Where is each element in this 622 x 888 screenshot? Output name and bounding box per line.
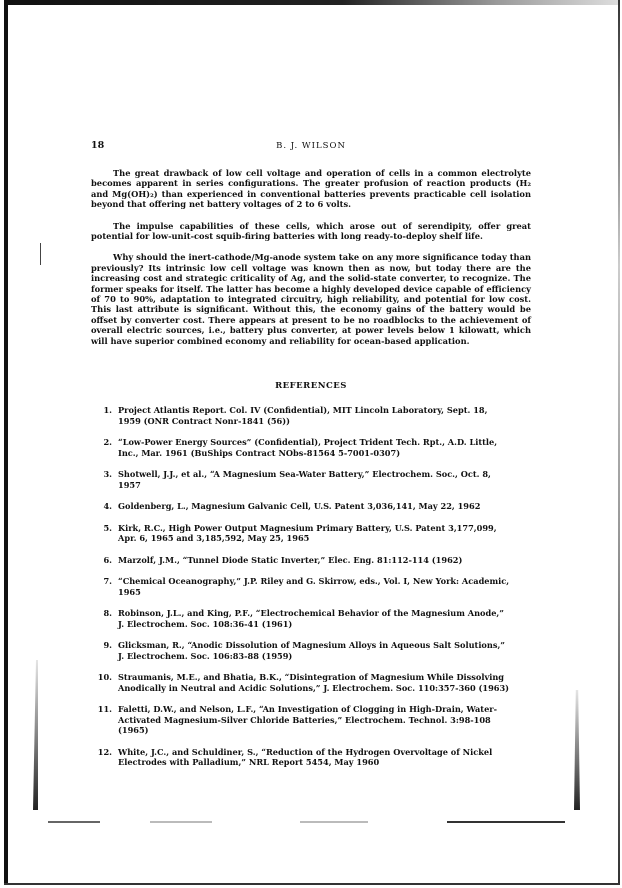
reference-item: 9.Glicksman, R., “Anodic Dissolution of … xyxy=(91,640,511,661)
reference-number: 9. xyxy=(91,640,118,661)
binding-shadow-right xyxy=(574,690,580,810)
reference-number: 11. xyxy=(91,704,118,736)
reference-number: 8. xyxy=(91,608,118,629)
bottom-rule xyxy=(150,821,212,823)
reference-text: Glicksman, R., “Anodic Dissolution of Ma… xyxy=(118,640,511,661)
references-heading: REFERENCES xyxy=(0,381,622,391)
reference-number: 6. xyxy=(91,555,118,566)
reference-text: Project Atlantis Report. Col. IV (Confid… xyxy=(118,405,511,426)
reference-text: Straumanis, M.E., and Bhatia, B.K., “Dis… xyxy=(118,672,511,693)
margin-tick xyxy=(40,243,41,265)
reference-text: Kirk, R.C., High Power Output Magnesium … xyxy=(118,523,511,544)
reference-item: 12.White, J.C., and Schuldiner, S., “Red… xyxy=(91,747,511,768)
reference-number: 4. xyxy=(91,501,118,512)
reference-number: 3. xyxy=(91,469,118,490)
scan-frame-left xyxy=(4,0,8,884)
scan-frame-right xyxy=(618,0,620,884)
reference-text: Robinson, J.L., and King, P.F., “Electro… xyxy=(118,608,511,629)
paragraph: The great drawback of low cell voltage a… xyxy=(91,168,531,210)
reference-number: 10. xyxy=(91,672,118,693)
paragraph: The impulse capabilities of these cells,… xyxy=(91,221,531,242)
reference-number: 1. xyxy=(91,405,118,426)
running-head: B. J. WILSON xyxy=(0,141,622,151)
reference-item: 7.“Chemical Oceanography,” J.P. Riley an… xyxy=(91,576,511,597)
reference-text: “Low-Power Energy Sources” (Confidential… xyxy=(118,437,511,458)
reference-number: 7. xyxy=(91,576,118,597)
reference-item: 6.Marzolf, J.M., “Tunnel Diode Static In… xyxy=(91,555,511,566)
reference-number: 5. xyxy=(91,523,118,544)
bottom-rule xyxy=(300,821,368,823)
reference-item: 5.Kirk, R.C., High Power Output Magnesiu… xyxy=(91,523,511,544)
binding-shadow-left xyxy=(33,660,38,810)
body-text: The great drawback of low cell voltage a… xyxy=(91,168,531,357)
reference-text: Marzolf, J.M., “Tunnel Diode Static Inve… xyxy=(118,555,511,566)
reference-number: 2. xyxy=(91,437,118,458)
bottom-rule xyxy=(48,821,100,823)
reference-text: White, J.C., and Schuldiner, S., “Reduct… xyxy=(118,747,511,768)
references-list: 1.Project Atlantis Report. Col. IV (Conf… xyxy=(91,405,511,779)
bottom-rule xyxy=(447,821,565,823)
reference-item: 4.Goldenberg, L., Magnesium Galvanic Cel… xyxy=(91,501,511,512)
reference-item: 11.Faletti, D.W., and Nelson, L.F., “An … xyxy=(91,704,511,736)
reference-number: 12. xyxy=(91,747,118,768)
scan-frame-bottom xyxy=(4,883,620,885)
reference-text: Shotwell, J.J., et al., “A Magnesium Sea… xyxy=(118,469,511,490)
paragraph: Why should the inert-cathode/Mg-anode sy… xyxy=(91,252,531,346)
reference-item: 1.Project Atlantis Report. Col. IV (Conf… xyxy=(91,405,511,426)
scan-frame-top xyxy=(6,0,618,5)
reference-item: 8.Robinson, J.L., and King, P.F., “Elect… xyxy=(91,608,511,629)
reference-text: Faletti, D.W., and Nelson, L.F., “An Inv… xyxy=(118,704,511,736)
reference-item: 3.Shotwell, J.J., et al., “A Magnesium S… xyxy=(91,469,511,490)
reference-text: Goldenberg, L., Magnesium Galvanic Cell,… xyxy=(118,501,511,512)
reference-item: 2.“Low-Power Energy Sources” (Confidenti… xyxy=(91,437,511,458)
reference-text: “Chemical Oceanography,” J.P. Riley and … xyxy=(118,576,511,597)
reference-item: 10.Straumanis, M.E., and Bhatia, B.K., “… xyxy=(91,672,511,693)
